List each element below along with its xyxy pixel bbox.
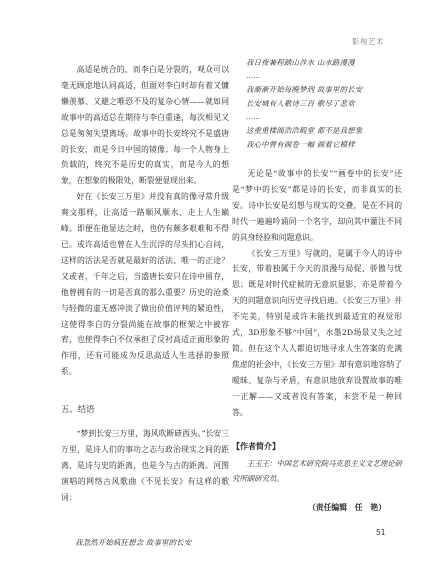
lyric-ellipsis: …… <box>232 111 402 124</box>
author-intro-title: 【作者简介】 <box>232 439 402 455</box>
lyric-line: 这重重楼阁浩浩殿堂 都不是我想象 <box>232 124 402 138</box>
body-paragraph: 无论是“故事中的长安”“画卷中的长安”还是“梦中的长安”都是诗的长安，而非真实的… <box>232 166 402 246</box>
lyric-line: 我日夜兼程踏山涉水 山水路漫漫 <box>232 56 402 70</box>
body-paragraph: 好在《长安三万里》并没有真的像寻常升级爽文那样，让高适一路顺风顺水、走上人生巅峰… <box>61 189 229 380</box>
lyric-line: 我渐渐开始每晚梦到 故事里的长安 <box>232 83 402 97</box>
author-intro-text: 王玉王：中国艺术研究院马克思主义文艺理论研究所副研究员。 <box>232 456 402 486</box>
body-paragraph: 《长安三万里》写就的，是属于今人的诗中长安，带着独属于今天的浪漫与局促、骄傲与忧… <box>232 246 402 421</box>
editor-credit: （责任编辑 任 艳） <box>232 500 402 516</box>
right-column: 我日夜兼程踏山涉水 山水路漫漫 …… 我渐渐开始每晚梦到 故事里的长安 长安城有… <box>232 56 402 516</box>
running-head: 影视艺术 <box>352 36 384 47</box>
left-column: 高适是统合的，而李白是分裂的，观众可以毫无顾虑地认同高适，但面对李白时却有着又慵… <box>61 62 229 550</box>
lyric-ellipsis: …… <box>232 70 402 83</box>
page-number: 51 <box>376 528 386 537</box>
lyric-line: 我心中曾有画卷一幅 画着它模样 <box>232 138 402 152</box>
section-title: 五、结语 <box>61 402 229 418</box>
lyric-line: 我忽然开始疯狂想念 故事里的长安 <box>61 536 229 550</box>
body-paragraph: 高适是统合的，而李白是分裂的，观众可以毫无顾虑地认同高适，但面对李白时却有着又慵… <box>61 62 229 189</box>
lyric-block: 我日夜兼程踏山涉水 山水路漫漫 …… 我渐渐开始每晚梦到 故事里的长安 长安城有… <box>232 56 402 152</box>
conclusion-paragraph: “梦到长安三万里，海风吹断碛西头。”长安三万里，是诗人们的事功之志与政治现实之间… <box>61 426 229 506</box>
lyric-line: 长安城有人歌诗三百 歌尽了悲欢 <box>232 97 402 111</box>
